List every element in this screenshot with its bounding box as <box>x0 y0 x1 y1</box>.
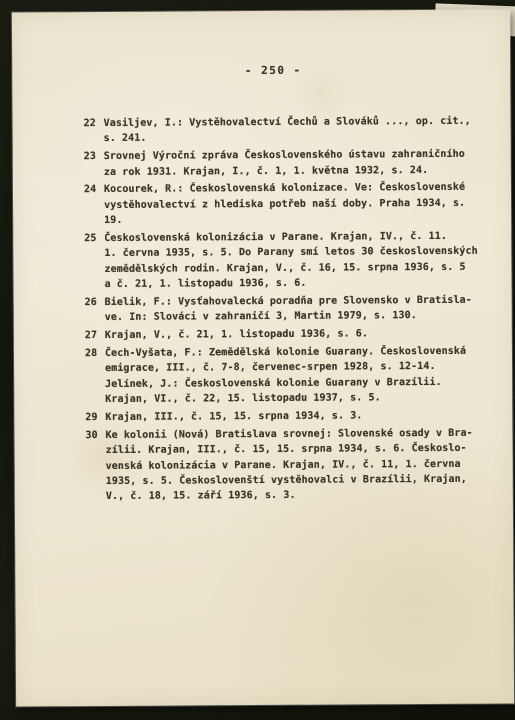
bibliography-entry-25: 25 Československá kolonizácia v Parane. … <box>84 229 484 293</box>
entry-text: Krajan, III., č. 15, 15. srpna 1934, s. … <box>105 408 485 426</box>
entry-text: Vasiljev, I.: Vystěhovalectví Čechů a Sl… <box>104 114 484 147</box>
scanned-page: - 250 - 22 Vasiljev, I.: Vystěhovalectví… <box>12 9 514 706</box>
entry-text: Ke kolonii (Nová) Bratislava srovnej: Sl… <box>105 425 485 504</box>
bibliography-entry-23: 23 Srovnej Výroční zpráva Československé… <box>84 147 484 180</box>
entry-number: 29 <box>85 410 105 426</box>
entry-number: 23 <box>84 149 104 165</box>
entry-number: 27 <box>85 328 105 344</box>
bibliography-entry-29: 29 Krajan, III., č. 15, 15. srpna 1934, … <box>85 408 485 426</box>
entry-number: 22 <box>84 116 104 132</box>
bibliography-entry-28: 28 Čech-Vyšata, F.: Zemědělská kolonie G… <box>85 344 485 408</box>
entry-text: Bielik, F.: Vysťahovalecká poradňa pre S… <box>105 293 485 326</box>
bibliography-entry-24: 24 Kocourek, R.: Československá koloniza… <box>84 180 484 229</box>
page-number: - 250 - <box>12 62 510 78</box>
bibliography-entry-26: 26 Bielik, F.: Vysťahovalecká poradňa pr… <box>85 293 485 326</box>
entry-number: 30 <box>85 428 105 444</box>
bibliography-entry-30: 30 Ke kolonii (Nová) Bratislava srovnej:… <box>85 425 485 504</box>
bibliography-entry-22: 22 Vasiljev, I.: Vystěhovalectví Čechů a… <box>84 114 484 147</box>
entry-text: Srovnej Výroční zpráva Československého … <box>104 147 484 180</box>
entry-text: Čech-Vyšata, F.: Zemědělská kolonie Guar… <box>105 344 485 408</box>
entry-number: 28 <box>85 346 105 362</box>
entry-number: 24 <box>84 182 104 198</box>
entry-text: Československá kolonizácia v Parane. Kra… <box>104 229 484 293</box>
bibliography-list: 22 Vasiljev, I.: Vystěhovalectví Čechů a… <box>84 114 486 508</box>
entry-text: Krajan, V., č. 21, 1. listopadu 1936, s.… <box>105 326 485 344</box>
entry-number: 25 <box>84 231 104 247</box>
bibliography-entry-27: 27 Krajan, V., č. 21, 1. listopadu 1936,… <box>85 326 485 344</box>
entry-number: 26 <box>85 295 105 311</box>
entry-text: Kocourek, R.: Československá kolonizace.… <box>104 180 484 229</box>
